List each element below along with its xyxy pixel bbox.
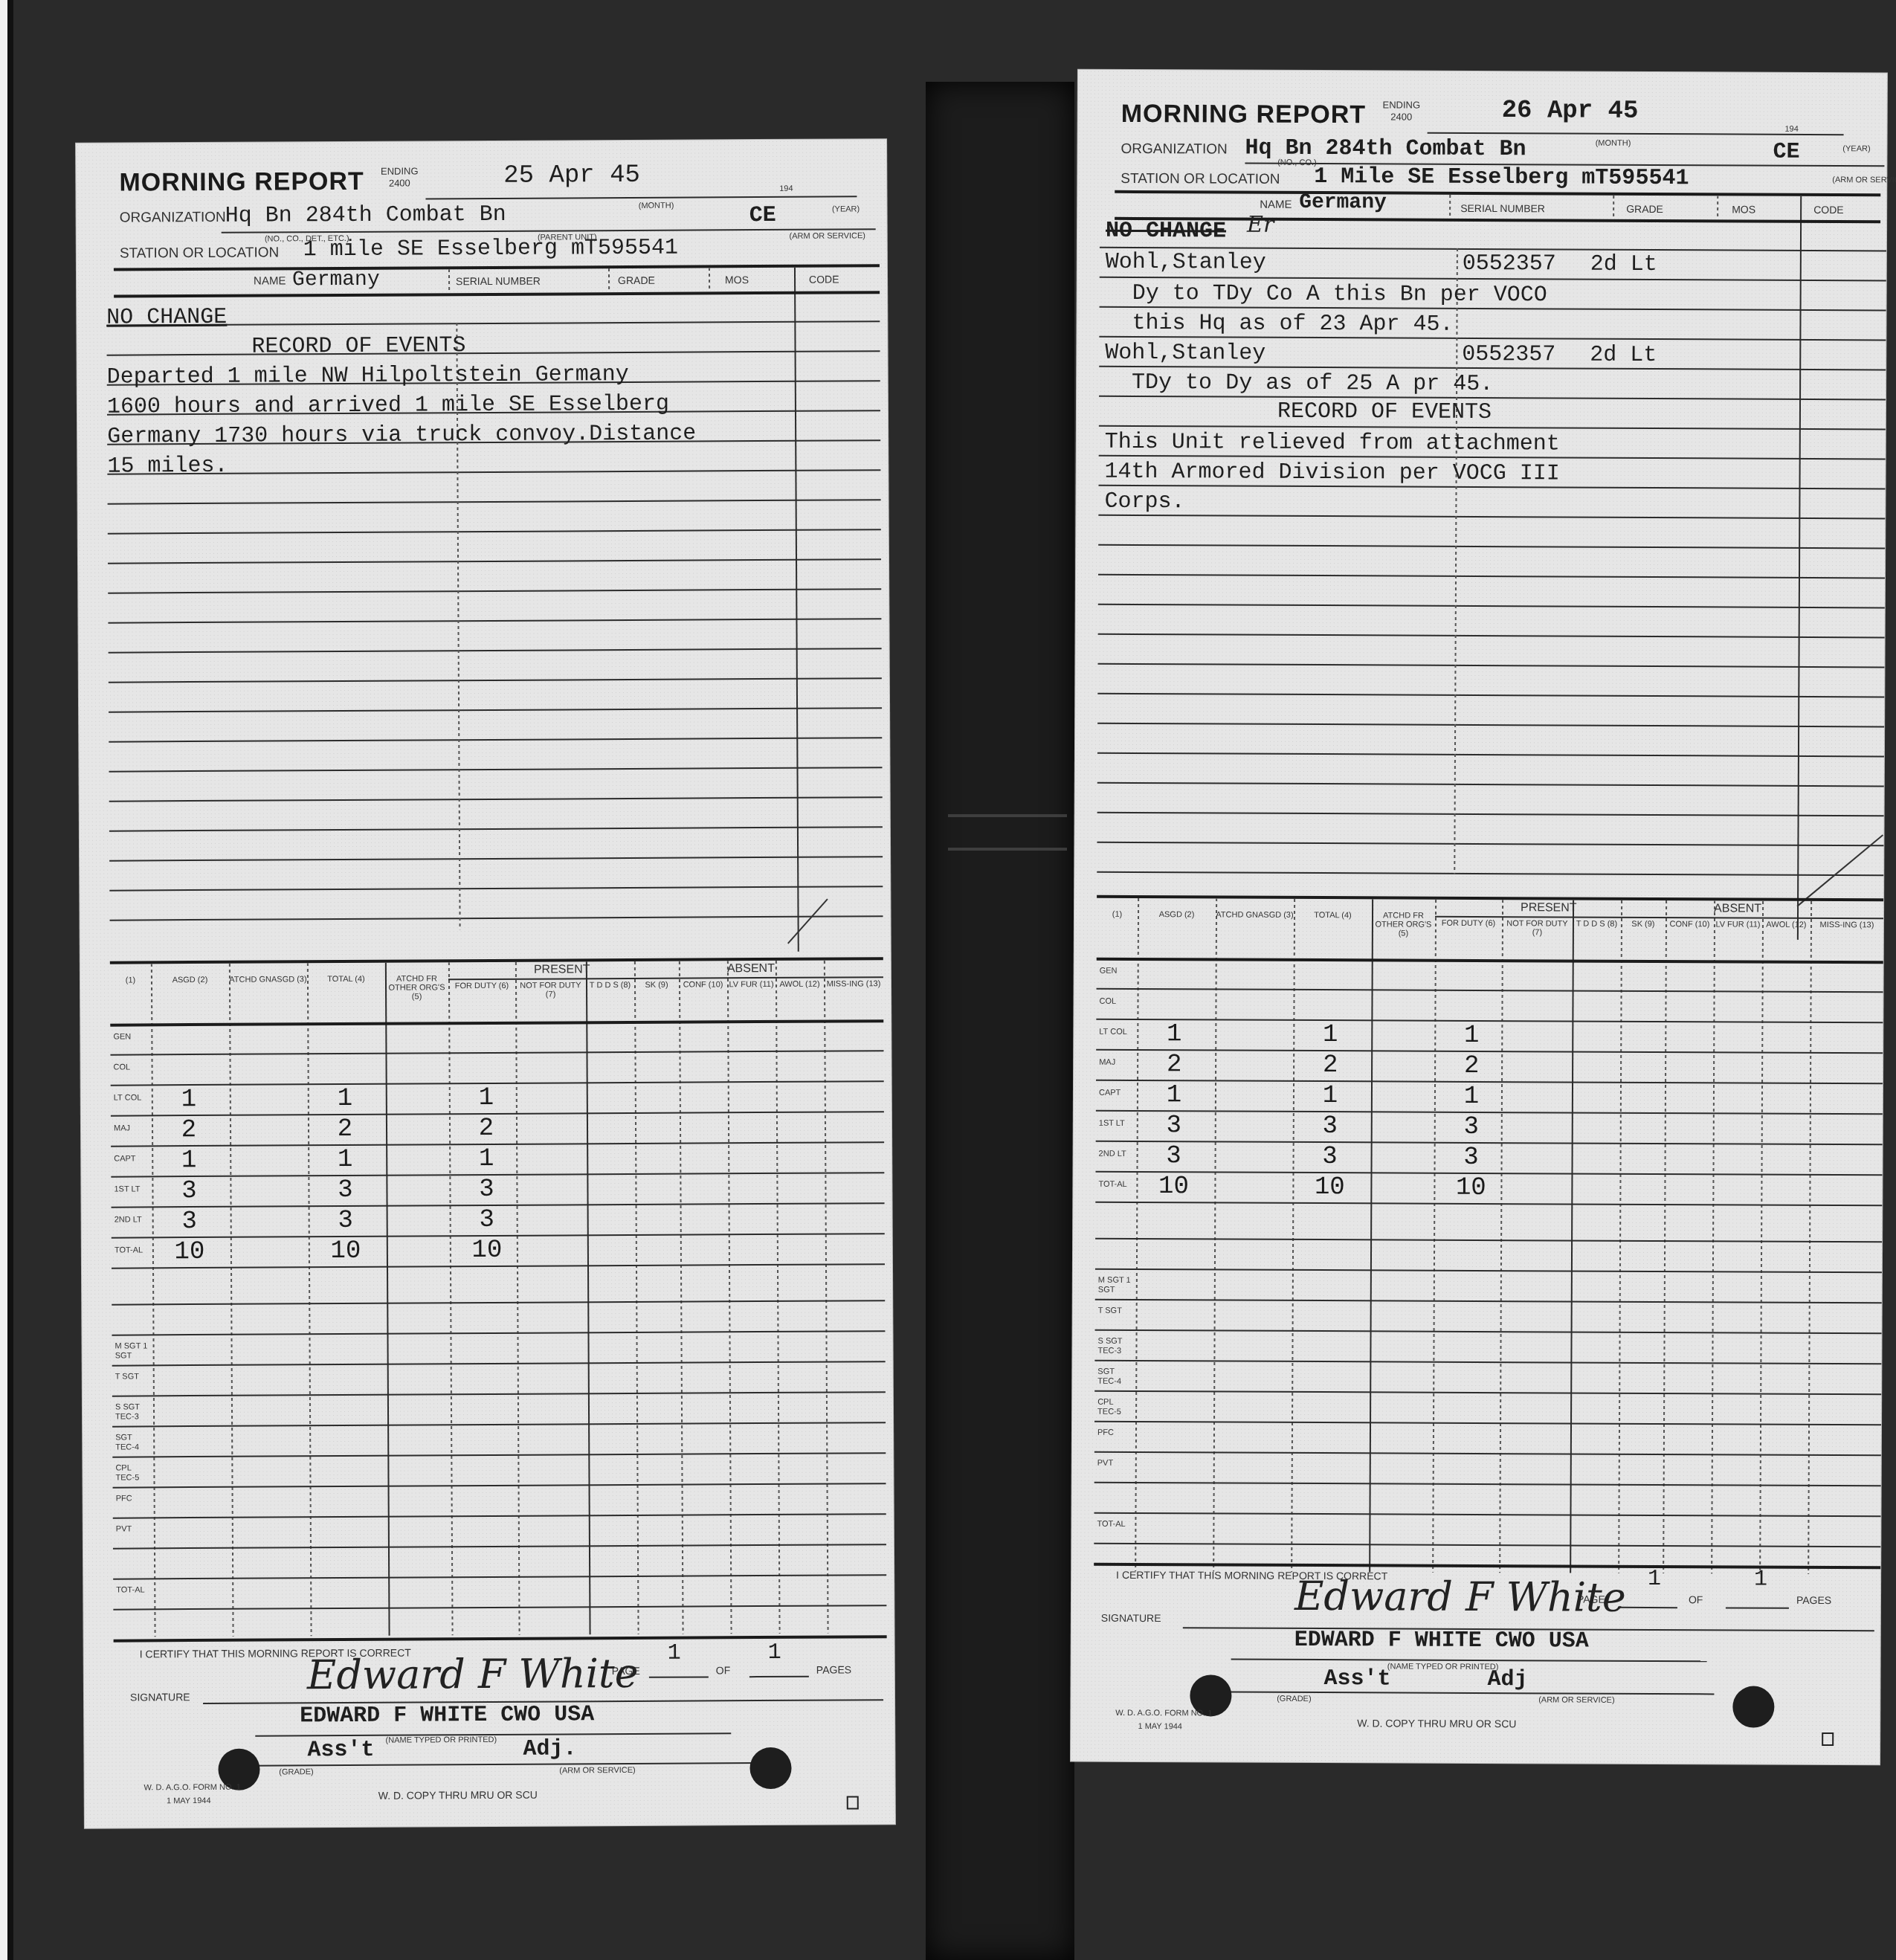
grade-cell: LT COL	[1099, 1028, 1135, 1037]
grade-cell: PFC	[116, 1494, 152, 1503]
entry-grade: 2d Lt	[1590, 252, 1657, 277]
service-code: CE	[1773, 140, 1799, 165]
grade-cell: GEN	[1100, 967, 1135, 976]
form-date: 1 MAY 1944	[1115, 1722, 1205, 1732]
count-cell: 10	[465, 1237, 509, 1265]
count-cell: 1	[1308, 1082, 1352, 1110]
table-column-header: ATCHD FR OTHER ORG'S (5)	[385, 974, 448, 1001]
page-total: 1	[768, 1640, 781, 1666]
count-cell: 2	[1449, 1052, 1494, 1080]
ruled-line	[109, 886, 883, 891]
grade-cell: TOT-AL	[115, 1245, 150, 1255]
count-cell: 10	[167, 1238, 212, 1266]
ruled-line	[108, 618, 881, 623]
table-row: 1ST LT333	[1078, 70, 1887, 74]
event-line: 15 miles.	[107, 454, 228, 480]
count-cell: 3	[464, 1176, 509, 1204]
ruled-line	[1100, 277, 1886, 282]
grade-cell: MAJ	[1099, 1058, 1135, 1068]
table-row: 2ND LT333	[76, 139, 886, 144]
count-cell: 1	[1449, 1022, 1494, 1050]
count-cell: 1	[323, 1085, 367, 1113]
table-row: 2ND LT333	[1078, 70, 1887, 74]
station-value: 1 mile SE Esselberg mT595541	[303, 236, 678, 263]
count-cell: 10	[1151, 1173, 1196, 1201]
grade-cell: T SGT	[1098, 1306, 1134, 1316]
table-column-header: MISS-ING (13)	[824, 979, 883, 988]
grade-caption: (GRADE)	[1268, 1695, 1320, 1703]
serial-number-label: SERIAL NUMBER	[456, 275, 541, 288]
ending-time: 2400	[1379, 112, 1424, 121]
table-column-header: MISS-ING (13)	[1810, 921, 1883, 929]
count-cell: 2	[464, 1115, 509, 1143]
count-cell: 3	[323, 1176, 367, 1205]
ending-label: ENDING	[1379, 100, 1424, 109]
table-column-header: SK (9)	[1621, 920, 1666, 929]
present-group-header: PRESENT	[534, 963, 590, 976]
binder-spine	[926, 82, 1074, 1960]
event-line: 1600 hours and arrived 1 mile SE Esselbe…	[107, 392, 669, 420]
ruled-line	[108, 558, 881, 564]
ruled-line	[1097, 663, 1884, 668]
report-date: 26 Apr 45	[1502, 97, 1639, 126]
table-row: TOT-AL101010	[1078, 70, 1887, 74]
corner-box	[1822, 1732, 1834, 1746]
table-column-header: NOT FOR DUTY (7)	[515, 981, 586, 999]
table-column-header: AWOL (12)	[776, 980, 824, 989]
count-cell: 3	[167, 1208, 212, 1236]
ruled-line	[109, 737, 882, 742]
table-column-header: (1)	[110, 976, 151, 984]
table-column-header: ATCHD GNASGD (3)	[229, 975, 307, 984]
ruled-line	[108, 588, 881, 593]
year-prefix: 194	[775, 184, 797, 193]
grade-cell: SGT TEC-4	[1097, 1367, 1133, 1387]
ruled-line	[1098, 574, 1885, 579]
grade-value: Ass't	[307, 1738, 374, 1763]
year-prefix: 194	[1781, 125, 1803, 134]
table-column-header: ATCHD FR OTHER ORG'S (5)	[1372, 911, 1435, 938]
entry-serial: 0552357	[1463, 251, 1556, 277]
grade-value: Ass't	[1323, 1666, 1390, 1692]
table-row: CAPT111	[76, 139, 886, 144]
scan-left-border	[7, 0, 13, 1960]
page-number: 1	[668, 1641, 681, 1666]
scan-left-margin	[0, 0, 7, 1960]
count-cell: 10	[1307, 1173, 1352, 1202]
grade-cell: TOT-AL	[116, 1585, 152, 1595]
grade-cell: GEN	[113, 1032, 149, 1042]
count-cell: 10	[1448, 1174, 1493, 1202]
count-cell: 3	[1308, 1112, 1352, 1141]
record-of-events-heading: RECORD OF EVENTS	[251, 333, 465, 360]
table-row: TOT-AL101010	[76, 139, 886, 144]
ruled-line	[1097, 871, 1883, 877]
event-line: Departed 1 mile NW Hilpoltstein Germany	[107, 362, 629, 390]
signature-label: SIGNATURE	[130, 1691, 190, 1703]
form-title: MORNING REPORT	[119, 167, 364, 198]
station-label: STATION OR LOCATION	[1120, 171, 1280, 188]
service-code: CE	[749, 203, 776, 228]
table-row: GEN	[76, 139, 886, 144]
typed-name-label: (NAME TYPED OR PRINTED)	[367, 1735, 515, 1745]
event-line: 14th Armored Division per VOCG III	[1105, 460, 1560, 487]
entry-grade: 2d Lt	[1590, 343, 1657, 368]
service-label: (ARM OR SERVICE)	[1832, 175, 1880, 184]
count-cell: 1	[464, 1084, 509, 1112]
spine-band	[948, 848, 1067, 851]
table-row: CAPT111	[1078, 70, 1887, 74]
grade-cell: TOT-AL	[1098, 1180, 1134, 1190]
handwritten-initials: Er	[1247, 212, 1274, 238]
pages-label: PAGES	[816, 1663, 851, 1675]
entry-no-change-struck: NO CHANGE	[1106, 219, 1226, 245]
entry-line: this Hq as of 23 Apr 45.	[1105, 311, 1453, 338]
ruled-line	[1098, 515, 1885, 520]
ruled-line	[108, 499, 881, 504]
table-column-header: CONF (10)	[679, 980, 727, 989]
table-column-header: TOTAL (4)	[307, 975, 385, 984]
ruled-line	[109, 767, 882, 772]
grade-cell: LT COL	[114, 1093, 149, 1103]
ending-label: ENDING	[377, 167, 422, 175]
count-cell: 3	[1152, 1112, 1196, 1140]
typed-name: EDWARD F WHITE CWO USA	[300, 1702, 594, 1729]
count-cell: 2	[167, 1116, 211, 1144]
table-column-header: FOR DUTY (6)	[448, 981, 515, 990]
grade-cell: T SGT	[115, 1372, 151, 1382]
ruled-line	[109, 707, 882, 712]
typed-name: EDWARD F WHITE CWO USA	[1294, 1628, 1589, 1654]
event-line: Corps.	[1104, 489, 1184, 515]
service-label: (ARM OR SERVICE)	[783, 231, 872, 241]
count-cell: 1	[1152, 1020, 1196, 1048]
table-row: LT COL111	[1078, 70, 1887, 74]
table-column-header: LV FUR (11)	[727, 980, 776, 989]
month-label: (MONTH)	[1584, 139, 1643, 148]
table-column-header: ASGD (2)	[1138, 910, 1216, 919]
table-row: GEN	[1078, 70, 1887, 74]
grade-cell: 1ST LT	[114, 1184, 149, 1194]
count-cell: 1	[167, 1086, 211, 1114]
corner-box	[847, 1796, 859, 1809]
grade-cell: PFC	[1097, 1428, 1133, 1438]
table-column-header: T D D S (8)	[586, 981, 634, 990]
code-label: CODE	[809, 273, 839, 285]
table-column-header: TOTAL (4)	[1294, 911, 1372, 920]
count-cell: 1	[1449, 1083, 1494, 1111]
copy-note: W. D. COPY THRU MRU OR SCU	[1357, 1717, 1516, 1729]
signature-handwritten: Edward F White	[1294, 1573, 1626, 1621]
grade-cell: COL	[1099, 997, 1135, 1007]
entry-person-name: Wohl,Stanley	[1105, 341, 1265, 367]
table-row: COL	[1078, 70, 1887, 74]
table-column-header: T D D S (8)	[1573, 920, 1621, 929]
position-value: Adj	[1487, 1667, 1527, 1692]
table-column-header: AWOL (12)	[1762, 921, 1810, 929]
code-label: CODE	[1813, 204, 1844, 216]
grade-cell: PVT	[116, 1524, 152, 1534]
station-label: STATION OR LOCATION	[120, 245, 279, 262]
entry-line: TDy to Dy as of 25 A pr 45.	[1105, 370, 1493, 397]
grade-cell: 2ND LT	[1099, 1150, 1135, 1159]
count-cell: 1	[323, 1146, 367, 1174]
position-value: Adj.	[523, 1736, 576, 1761]
ruled-line	[1097, 782, 1884, 787]
ruled-line	[108, 529, 881, 534]
morning-report-form-left: MORNING REPORT ENDING 2400 25 Apr 45 194…	[76, 139, 895, 1828]
count-cell: 3	[465, 1206, 509, 1234]
grade-cell: S SGT TEC-3	[1097, 1337, 1133, 1356]
absent-group-header: ABSENT	[1714, 902, 1761, 915]
count-cell: 3	[1449, 1144, 1494, 1172]
strength-table: (1)ASGD (2)ATCHD GNASGD (3)TOTAL (4)ATCH…	[76, 139, 886, 144]
morning-report-form-right: MORNING REPORT ENDING 2400 26 Apr 45 194…	[1071, 70, 1887, 1765]
grade-cell: 2ND LT	[115, 1215, 150, 1225]
table-column-header: CONF (10)	[1666, 920, 1714, 929]
spine-band	[948, 814, 1067, 817]
organization-value: Hq Bn 284th Combat Bn	[225, 202, 506, 229]
record-of-events-heading: RECORD OF EVENTS	[1277, 399, 1492, 425]
count-cell: 10	[323, 1237, 368, 1266]
table-row: COL	[76, 139, 886, 144]
ruled-line	[1099, 425, 1886, 431]
grade-cell: M SGT 1 SGT	[115, 1341, 151, 1361]
country-value: Germany	[1299, 191, 1387, 215]
event-line: Germany 1730 hours via truck convoy.Dist…	[107, 422, 696, 450]
grade-cell: MAJ	[114, 1124, 149, 1133]
count-cell: 3	[1152, 1142, 1196, 1170]
name-label: NAME	[1260, 199, 1292, 211]
grade-label: GRADE	[618, 274, 655, 286]
binder-hole	[1732, 1686, 1774, 1727]
absent-group-header: ABSENT	[727, 962, 775, 976]
present-group-header: PRESENT	[1521, 901, 1577, 915]
ruled-line	[1098, 544, 1885, 549]
grade-cell: CAPT	[1099, 1089, 1135, 1098]
serial-number-label: SERIAL NUMBER	[1460, 202, 1545, 214]
month-label: (MONTH)	[626, 202, 686, 210]
grade-cell: M SGT 1 SGT	[1098, 1276, 1134, 1295]
count-cell: 3	[1308, 1143, 1352, 1171]
count-cell: 3	[323, 1207, 368, 1235]
entry-serial: 0552357	[1462, 342, 1555, 368]
report-date: 25 Apr 45	[503, 161, 640, 190]
event-line: This Unit relieved from attachment	[1105, 430, 1560, 457]
count-cell: 3	[167, 1177, 211, 1205]
form-id: W. D. A.G.O. FORM NO. 1	[1078, 1709, 1249, 1718]
entry-person-name: Wohl,Stanley	[1106, 250, 1266, 276]
table-row: MAJ222	[76, 139, 886, 144]
grade-cell: CPL TEC-5	[115, 1463, 151, 1483]
name-label: NAME	[254, 274, 286, 287]
binder-hole	[749, 1747, 791, 1789]
count-cell: 1	[464, 1145, 509, 1173]
ruled-line	[1097, 752, 1884, 758]
grade-cell: PVT	[1097, 1459, 1133, 1469]
grade-cell: TOT-AL	[1097, 1520, 1132, 1529]
table-column-header: ATCHD GNASGD (3)	[1216, 910, 1294, 919]
ruled-line	[1098, 634, 1885, 639]
grade-cell: S SGT TEC-3	[115, 1402, 151, 1422]
copy-note: W. D. COPY THRU MRU OR SCU	[378, 1789, 538, 1802]
signature-label: SIGNATURE	[1101, 1612, 1161, 1624]
ruled-line	[1097, 842, 1883, 847]
entry-line: Dy to TDy Co A this Bn per VOCO	[1106, 281, 1547, 309]
form-title: MORNING REPORT	[1121, 100, 1367, 129]
table-row: LT COL111	[76, 139, 886, 144]
year-label: (YEAR)	[1832, 144, 1880, 153]
count-cell: 1	[1308, 1021, 1352, 1049]
ruled-line	[109, 856, 883, 861]
count-cell: 2	[1308, 1051, 1352, 1080]
count-cell: 2	[1152, 1051, 1196, 1079]
table-row: MAJ222	[1078, 70, 1887, 74]
grade-label: GRADE	[1626, 203, 1663, 215]
of-label: OF	[716, 1664, 731, 1676]
arm-caption: (ARM OR SERVICE)	[1524, 1695, 1628, 1705]
country-value: Germany	[292, 268, 380, 292]
table-column-header: SK (9)	[634, 981, 679, 990]
grade-cell: 1ST LT	[1099, 1119, 1135, 1129]
count-cell: 3	[1449, 1113, 1494, 1141]
table-column-header: (1)	[1097, 910, 1138, 919]
grade-cell: CPL TEC-5	[1097, 1398, 1133, 1417]
ruled-line	[1097, 812, 1884, 817]
ruled-line	[107, 350, 880, 355]
ruled-line	[1099, 336, 1886, 341]
grade-caption: (GRADE)	[271, 1767, 323, 1776]
count-cell: 1	[167, 1147, 211, 1175]
page-number: 1	[1648, 1567, 1661, 1592]
page-total: 1	[1754, 1567, 1767, 1593]
table-column-header: ASGD (2)	[151, 976, 229, 985]
organization-label: ORGANIZATION	[1120, 141, 1227, 158]
ruled-line	[1097, 723, 1884, 728]
pages-label: PAGES	[1796, 1594, 1831, 1606]
year-label: (YEAR)	[820, 204, 872, 213]
ruled-line	[109, 677, 882, 683]
grade-cell: SGT TEC-4	[115, 1433, 151, 1452]
grade-cell: COL	[114, 1063, 149, 1072]
ruled-line	[110, 915, 883, 921]
table-row: 1ST LT333	[76, 139, 886, 144]
grade-cell: CAPT	[114, 1154, 149, 1164]
count-cell: 1	[1152, 1081, 1196, 1109]
organization-label: ORGANIZATION	[120, 210, 226, 227]
table-column-header: NOT FOR DUTY (7)	[1502, 919, 1573, 937]
table-column-header: LV FUR (11)	[1714, 920, 1762, 929]
mos-label: MOS	[725, 274, 749, 286]
ending-time: 2400	[377, 178, 422, 187]
table-column-header: FOR DUTY (6)	[1435, 919, 1502, 928]
ruled-line	[109, 826, 883, 831]
count-cell: 2	[323, 1115, 367, 1144]
of-label: OF	[1689, 1593, 1703, 1605]
form-id: W. D. A.G.O. FORM NO. 1	[107, 1782, 278, 1792]
form-date: 1 MAY 1944	[144, 1796, 233, 1806]
station-value: 1 Mile SE Esselberg mT595541	[1314, 164, 1689, 191]
signature-handwritten: Edward F White	[307, 1650, 639, 1698]
ruled-line	[109, 796, 883, 802]
ruled-line	[1097, 693, 1884, 698]
mos-label: MOS	[1732, 203, 1755, 215]
ruled-line	[109, 648, 882, 653]
arm-caption: (ARM OR SERVICE)	[546, 1766, 650, 1776]
ruled-line	[1098, 604, 1885, 609]
strength-table: (1)ASGD (2)ATCHD GNASGD (3)TOTAL (4)ATCH…	[1078, 70, 1887, 74]
entry-no-change: NO CHANGE	[106, 305, 227, 331]
